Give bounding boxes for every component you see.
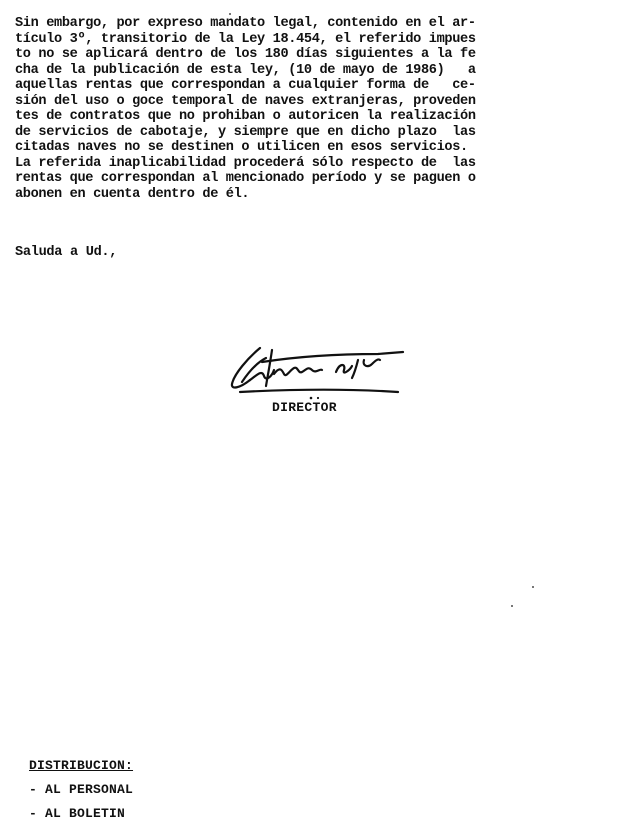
- distribution-heading: DISTRIBUCION:: [29, 757, 133, 779]
- body-line: aquellas rentas que correspondan a cualq…: [15, 78, 615, 94]
- scan-speck: [511, 605, 513, 607]
- body-line: La referida inaplicabilidad procederá só…: [15, 156, 615, 172]
- body-line: Sin embargo, por expreso mandato legal, …: [15, 16, 615, 32]
- body-line: abonen en cuenta dentro de él.: [15, 187, 615, 203]
- body-line: cha de la publicación de esta ley, (10 d…: [15, 63, 615, 79]
- distribution-list: DISTRIBUCION: - AL PERSONAL - AL BOLETIN: [29, 757, 133, 827]
- distribution-item: - AL BOLETIN: [29, 803, 133, 827]
- body-line: sión del uso o goce temporal de naves ex…: [15, 94, 615, 110]
- body-line: rentas que correspondan al mencionado pe…: [15, 171, 615, 187]
- scan-speck: [532, 586, 534, 588]
- body-line: tes de contratos que no prohiban o autor…: [15, 109, 615, 125]
- letter-body: Sin embargo, por expreso mandato legal, …: [15, 16, 615, 202]
- scan-speck: [229, 13, 231, 15]
- body-line: de servicios de cabotaje, y siempre que …: [15, 125, 615, 141]
- body-line: to no se aplicará dentro de los 180 días…: [15, 47, 615, 63]
- closing-salutation: Saluda a Ud.,: [15, 245, 117, 260]
- handwritten-signature: [228, 340, 418, 400]
- body-line: tículo 3º, transitorio de la Ley 18.454,…: [15, 32, 615, 48]
- signer-title: DIRECTOR: [272, 400, 337, 415]
- body-line: citadas naves no se destinen o utilicen …: [15, 140, 615, 156]
- document-page: Sin embargo, por expreso mandato legal, …: [0, 0, 630, 835]
- distribution-item: - AL PERSONAL: [29, 779, 133, 803]
